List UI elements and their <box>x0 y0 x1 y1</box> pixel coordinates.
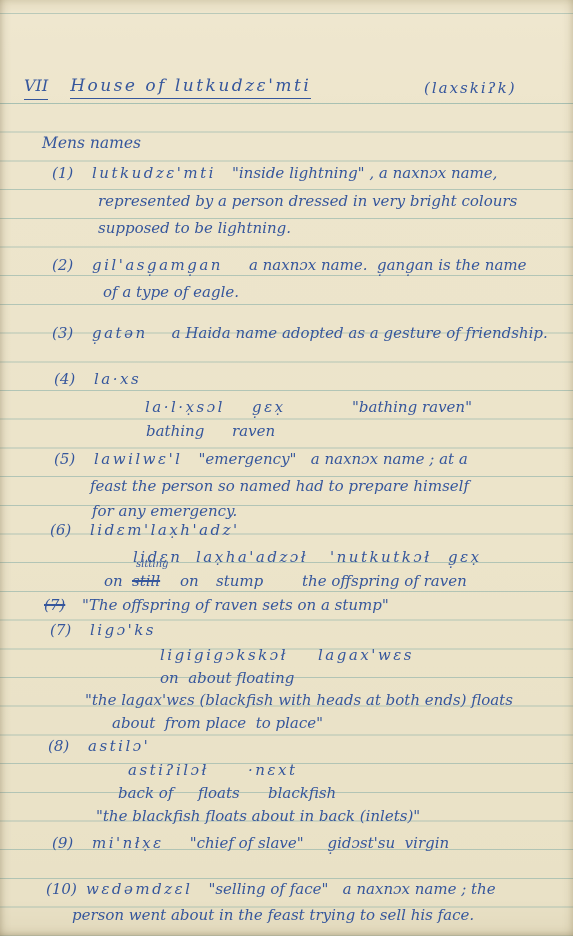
page-title: House of lutkudzε'mti <box>70 76 311 99</box>
entry-1-cont-2: supposed to be lightning. <box>98 218 291 238</box>
clan-annotation: (laxskiʔk) <box>424 78 517 98</box>
entry-7-name: ligɔ'ks <box>90 620 156 640</box>
entry-8-number: (8) <box>48 736 88 756</box>
entry-6-word-3: 'nutkutkɔł <box>330 547 432 567</box>
entry-7-quote-1: "the lagax'wεs (blackfish with heads at … <box>85 690 513 710</box>
entry-7-quote-2: about from place to place" <box>112 713 323 733</box>
entry-10-number: (10) <box>46 879 86 899</box>
entry-10-note: "selling of face" a naxnɔx name ; the <box>208 879 495 899</box>
entry-8: (8) astilɔ' <box>48 736 150 756</box>
entry-2-cont-1: of a type of eagle. <box>103 282 239 302</box>
entry-1-number: (1) <box>52 163 92 183</box>
entry-9-name: mi'nłx̣ε <box>92 833 164 853</box>
entry-4: (4) la·xs <box>54 369 141 389</box>
entry-10-name: wεdəmdzεl <box>86 879 192 899</box>
entry-6-gloss-insertion: sitting <box>136 560 168 570</box>
entry-4-number: (4) <box>54 369 94 389</box>
entry-2-name: gil'asg̣amg̣an <box>92 255 223 275</box>
entry-4-word-2: g̣εx̣ <box>252 397 286 417</box>
entry-8-word-2: ·nεxt <box>248 760 297 780</box>
entry-8-quote: "the blackfish floats about in back (inl… <box>96 806 420 826</box>
entry-6-word-4: g̣εx̣ <box>448 547 482 567</box>
entry-4-translation: "bathing raven" <box>352 397 472 417</box>
entry-5-name: lawilwε'l <box>94 449 182 469</box>
entry-6-gloss-word2: stump <box>216 571 263 591</box>
section-heading: Mens names <box>42 133 141 153</box>
entry-2-number: (2) <box>52 255 92 275</box>
entry-4-gloss-1: bathing <box>146 421 204 441</box>
entry-6-gloss-struck-word: still <box>132 571 160 591</box>
entry-8-gloss-3: blackfish <box>268 783 336 803</box>
entry-7-number: (7) <box>50 620 90 640</box>
entry-6-quote: "The offspring of raven sets on a stump" <box>82 595 389 615</box>
entry-3: (3) g̣atən a Haida name adopted as a ges… <box>52 323 548 343</box>
entry-8-name: astilɔ' <box>88 736 150 756</box>
entry-4-name: la·xs <box>94 369 141 389</box>
entry-1-cont-1: represented by a person dressed in very … <box>98 191 517 211</box>
entry-9-number: (9) <box>52 833 92 853</box>
entry-7-word-1: ligigigɔkskɔł <box>160 645 288 665</box>
entry-5-note: "emergency" a naxnɔx name ; at a <box>198 449 467 469</box>
entry-9: (9) mi'nłx̣ε "chief of slave" g̣idɔst'su… <box>52 833 449 853</box>
entry-8-gloss-1: back of <box>118 783 173 803</box>
section-numeral: VII <box>24 76 48 100</box>
rule-line-top <box>0 13 573 14</box>
entry-6: (6) lidεm'lax̣h'adz' <box>50 520 240 540</box>
entry-2-note: a naxnɔx name. g̣ang̣an is the name <box>249 255 527 275</box>
entry-7: (7) ligɔ'ks <box>50 620 156 640</box>
entry-1-name: lutkudzε'mti <box>92 163 216 183</box>
entry-5-number: (5) <box>54 449 94 469</box>
entry-6-gloss-rest: the offspring of raven <box>302 571 467 591</box>
entry-8-gloss-2: floats <box>198 783 240 803</box>
entry-1-note: "inside lightning" , a naxnɔx name, <box>232 163 497 183</box>
entry-6-word-2: lax̣ha'adzɔł <box>196 547 308 567</box>
entry-6-gloss-pre: on <box>104 571 123 591</box>
entry-6-number: (6) <box>50 520 90 540</box>
entry-5: (5) lawilwε'l "emergency" a naxnɔx name … <box>54 449 468 469</box>
entry-4-gloss-2: raven <box>232 421 275 441</box>
entry-9-note: "chief of slave" g̣idɔst'su virgin <box>190 833 449 853</box>
entry-3-note: a Haida name adopted as a gesture of fri… <box>172 323 548 343</box>
entry-7-word-2: lagax'wεs <box>318 645 414 665</box>
entry-2: (2) gil'asg̣amg̣an a naxnɔx name. g̣ang̣… <box>52 255 527 275</box>
entry-5-cont-1: feast the person so named had to prepare… <box>90 476 469 496</box>
entry-6-gloss-mid: on <box>180 571 199 591</box>
entry-3-name: g̣atən <box>92 323 148 343</box>
entry-10-cont-1: person went about in the feast trying to… <box>72 905 474 925</box>
entry-7-gloss: on about floating <box>160 668 294 688</box>
entry-4-word-1: la·l·x̣sɔl <box>145 397 225 417</box>
document-header: VII House of lutkudzε'mti <box>24 76 311 100</box>
entry-6-struck-number: (7) <box>44 595 65 615</box>
entry-1: (1) lutkudzε'mti "inside lightning" , a … <box>52 163 497 183</box>
document-page: VII House of lutkudzε'mti (laxskiʔk) Men… <box>0 0 573 936</box>
entry-10: (10) wεdəmdzεl "selling of face" a naxnɔ… <box>46 879 496 899</box>
entry-8-word-1: astiʔilɔł <box>128 760 209 780</box>
entry-3-number: (3) <box>52 323 92 343</box>
entry-5-cont-2: for any emergency. <box>92 501 237 521</box>
entry-6-name: lidεm'lax̣h'adz' <box>90 520 240 540</box>
